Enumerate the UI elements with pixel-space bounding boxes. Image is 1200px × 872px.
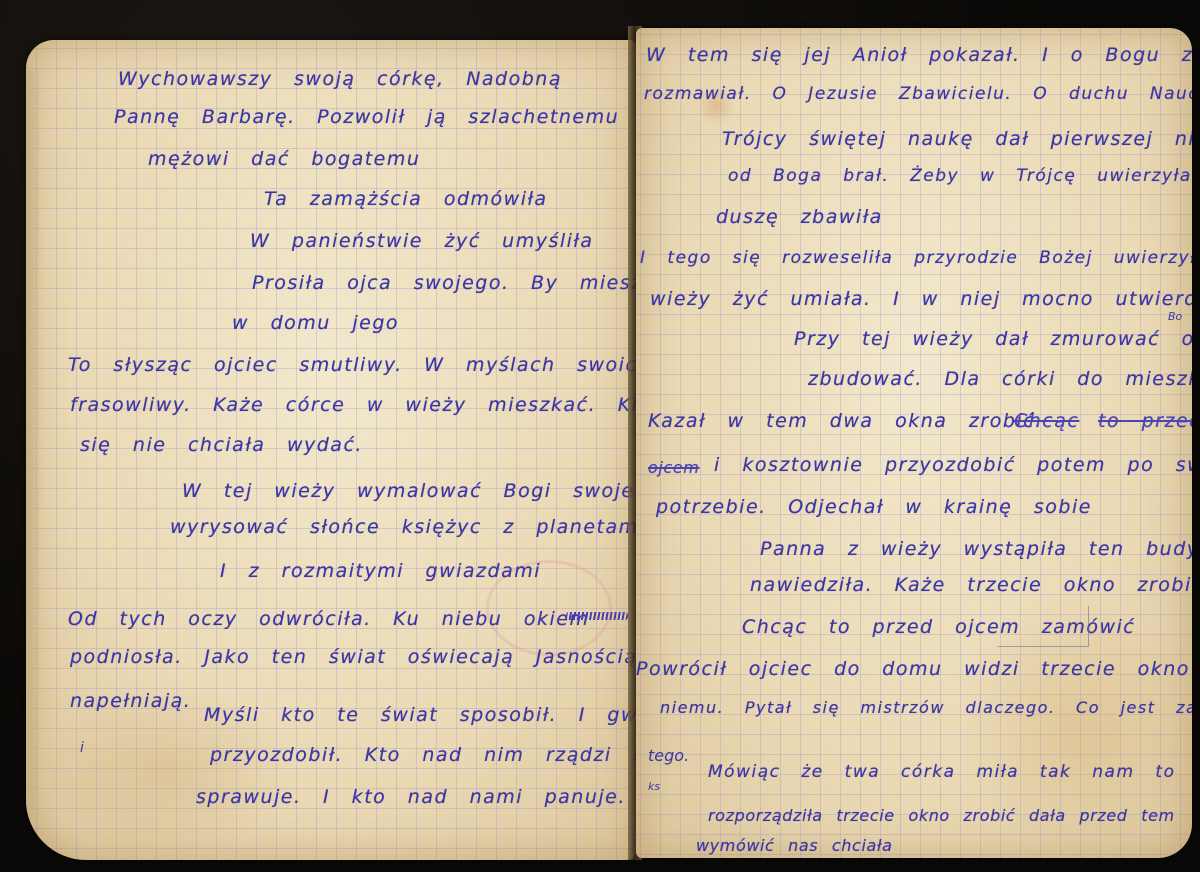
left-page: Wychowawszy swoją córkę, Nadobną Pannę B… <box>26 40 636 860</box>
handwritten-line: Pannę Barbarę. Pozwolił ją szlachetnemu <box>114 108 619 127</box>
handwritten-line: napełniają. <box>70 692 191 711</box>
handwritten-line: przyozdobił. Kto nad nim rządzi i <box>210 746 636 765</box>
handwritten-line: zbudować. Dla córki do mieszkania <box>808 370 1192 389</box>
handwritten-line: sprawuje. I kto nad nami panuje. <box>196 788 626 807</box>
margin-mark: Bo <box>1168 310 1182 323</box>
handwritten-line: W tej wieży wymalować Bogi swoje <box>182 482 635 501</box>
handwritten-line: Kazał w tem dwa okna zrobić. <box>648 412 1043 431</box>
handwritten-line: Myśli kto te świat sposobił. I gwiazdami <box>204 706 636 725</box>
handwritten-line: niemu. Pytał się mistrzów dlaczego. Co j… <box>660 700 1192 716</box>
handwritten-line: Mówiąc że twa córka miła tak nam to <box>708 764 1175 781</box>
margin-mark: ks <box>648 780 660 793</box>
handwritten-line: potrzebie. Odjechał w krainę sobie <box>656 498 1092 517</box>
handwritten-line: I z rozmaitymi gwiazdami <box>220 562 541 581</box>
handwritten-line: nawiedziła. Każe trzecie okno zrobić <box>750 576 1192 595</box>
pencil-bracket-mark <box>998 606 1089 647</box>
handwritten-line: Ta zamążścia odmówiła <box>264 190 548 209</box>
margin-mark: i <box>80 740 84 756</box>
struck-out-word: ojcem <box>648 460 699 476</box>
handwritten-line: się nie chciała wydać. <box>80 436 363 455</box>
handwritten-line: Wychowawszy swoją córkę, Nadobną <box>118 70 562 89</box>
right-page: W tem się jej Anioł pokazał. I o Bogu z … <box>636 28 1192 858</box>
handwritten-line: wymówić nas chciała <box>696 838 893 854</box>
handwritten-line: To słysząc ojciec smutliwy. W myślach sw… <box>68 356 636 375</box>
handwritten-line: I tego się rozweseliła przyrodzie Bożej … <box>640 250 1192 267</box>
handwritten-line: frasowliwy. Każe córce w wieży mieszkać.… <box>70 396 636 415</box>
handwritten-line: wieży żyć umiała. I w niej mocno utwierd… <box>650 290 1192 309</box>
handwritten-line: rozporządziła trzecie okno zrobić dała p… <box>708 808 1175 824</box>
handwritten-line: Od tych oczy odwróciła. Ku niebu okiem <box>68 610 589 629</box>
struck-out-word: to przed <box>1098 412 1192 431</box>
handwritten-line: od Boga brał. Żeby w Trójcę uwierzyła. W… <box>728 168 1192 185</box>
handwritten-line: Prosiła ojca swojego. By mieszkała <box>252 274 636 293</box>
handwritten-line: mężowi dać bogatemu <box>148 150 420 169</box>
handwritten-line: Panna z wieży wystąpiła ten budynek <box>760 540 1192 559</box>
handwritten-line: podniosła. Jako ten świat oświecają Jasn… <box>70 648 636 667</box>
handwritten-line: Przy tej wieży dał zmurować ojciec Dom <box>794 330 1192 349</box>
margin-mark: tego. <box>648 746 689 765</box>
handwritten-line: W tem się jej Anioł pokazał. I o Bogu z … <box>646 46 1192 65</box>
struck-out-word: Chcąc <box>1014 412 1079 431</box>
handwritten-line: w domu jego <box>232 314 399 333</box>
handwritten-line: i kosztownie przyozdobić potem po swej <box>714 456 1192 475</box>
handwritten-line: rozmawiał. O Jezusie Zbawicielu. O duchu… <box>644 86 1192 103</box>
handwritten-line: duszę zbawiła <box>716 208 883 227</box>
handwritten-line: Powrócił ojciec do domu widzi trzecie ok… <box>636 660 1192 679</box>
scribbled-out-word <box>566 612 628 620</box>
handwritten-line: wyrysować słońce księżyc z planetami <box>170 518 636 537</box>
handwritten-line: W panieństwie żyć umyśliła <box>250 232 594 251</box>
handwritten-line: Trójcy świętej naukę dał pierwszej niż <box>722 130 1192 149</box>
